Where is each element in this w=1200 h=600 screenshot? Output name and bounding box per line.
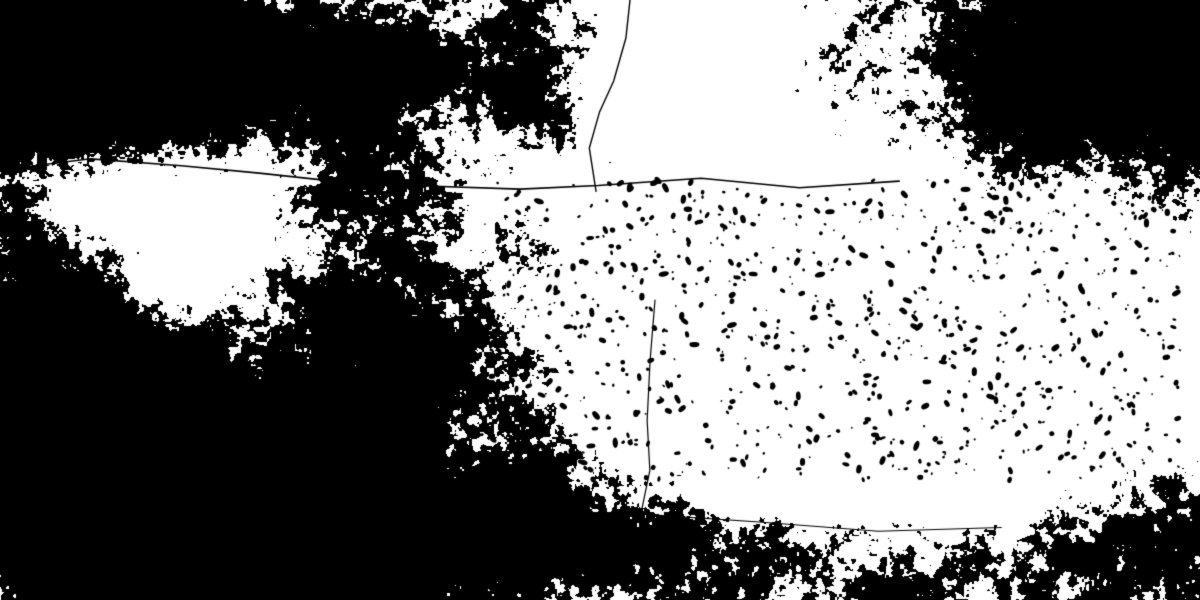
grunge-texture <box>0 0 1200 600</box>
grunge-texture-canvas <box>0 0 1200 600</box>
